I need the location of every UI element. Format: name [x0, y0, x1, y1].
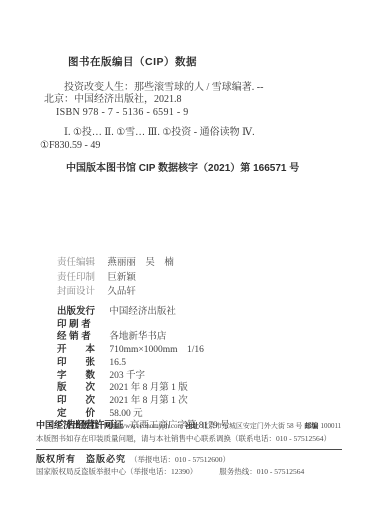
service-hotline: 服务热线：010 - 57512564	[219, 467, 304, 476]
staff-label: 责任编辑	[57, 256, 99, 271]
zipcode-value: 100011	[320, 422, 341, 430]
staff-row: 封面设计 久品轩	[57, 285, 174, 300]
publication-label: 出版发行	[57, 306, 103, 318]
zipcode-label: 邮编	[304, 423, 318, 430]
publication-row: 印 刷 者	[57, 319, 230, 332]
staff-row: 责任编辑 燕丽丽 吴 楠	[57, 256, 174, 271]
website-value: www.economyph.com	[120, 422, 183, 430]
copyright-notice-line: 版权所有 盗版必究（举报电话：010 - 57512600）	[36, 454, 344, 465]
publication-label: 印 次	[57, 395, 103, 407]
publication-label: 字 数	[57, 370, 103, 382]
publication-block: 出版发行 中国经济出版社 印 刷 者 经 销 者 各地新华书店 开 本 710m…	[57, 306, 230, 433]
copyright-report-phone: （举报电话：010 - 57512600）	[130, 455, 230, 464]
anti-piracy-line: 国家版权局反盗版举报中心（举报电话：12390）服务热线：010 - 57512…	[36, 466, 344, 477]
website-label: 网址	[104, 423, 118, 430]
address-label: 社址	[185, 423, 199, 430]
cip-title-line: 投资改变人生：那些滚雪球的人 / 雪球编著. --	[64, 82, 342, 95]
staff-value: 燕丽丽 吴 楠	[107, 257, 174, 268]
copyright-page: 图书在版编目（CIP）数据 投资改变人生：那些滚雪球的人 / 雪球编著. -- …	[0, 0, 375, 525]
staff-label: 责任印制	[57, 271, 99, 286]
publication-row: 出版发行 中国经济出版社	[57, 306, 230, 319]
publication-label: 版 次	[57, 382, 103, 394]
publication-label: 印 张	[57, 357, 103, 369]
publisher-name: 中国经济出版社	[36, 420, 99, 430]
publication-row: 印 张 16.5	[57, 357, 230, 370]
cip-block: 图书在版编目（CIP）数据 投资改变人生：那些滚雪球的人 / 雪球编著. -- …	[40, 56, 342, 176]
publication-value: 16.5	[109, 358, 126, 368]
staff-row: 责任印制 巨新颖	[57, 271, 174, 286]
publication-row: 开 本 710mm×1000mm 1/16	[57, 344, 230, 357]
publication-value: 2021 年 8 月第 1 次	[109, 396, 187, 406]
publication-value: 58.00 元	[109, 409, 142, 419]
publication-row: 定 价 58.00 元	[57, 408, 230, 421]
publication-label: 定 价	[57, 408, 103, 420]
publication-row: 印 次 2021 年 8 月第 1 次	[57, 395, 230, 408]
cip-classification-line1: Ⅰ. ①投… Ⅱ. ①雪… Ⅲ. ①投资 - 通俗读物 Ⅳ.	[64, 127, 342, 140]
cip-registry-line: 中国版本图书馆 CIP 数据核字（2021）第 166571 号	[66, 163, 342, 176]
cip-heading: 图书在版编目（CIP）数据	[68, 56, 342, 69]
publication-label: 经 销 者	[57, 331, 103, 343]
staff-value: 久品轩	[107, 286, 136, 297]
publication-row: 经 销 者 各地新华书店	[57, 331, 230, 344]
imprint-block: 中国经济出版社网址www.economyph.com社址北京市东城区安定门外大街…	[36, 420, 344, 477]
staff-label: 封面设计	[57, 285, 99, 300]
publication-label: 印 刷 者	[57, 319, 103, 331]
cip-isbn-line: ISBN 978 - 7 - 5136 - 6591 - 9	[56, 107, 342, 120]
publication-value: 203 千字	[109, 371, 145, 381]
publication-value: 710mm×1000mm 1/16	[109, 345, 204, 355]
staff-block: 责任编辑 燕丽丽 吴 楠 责任印制 巨新颖 封面设计 久品轩	[57, 256, 174, 300]
divider-rule	[36, 449, 342, 450]
publication-value: 中国经济出版社	[109, 307, 176, 317]
cip-city-line: 北京：中国经济出版社，2021.8	[44, 94, 342, 107]
anti-piracy-center: 国家版权局反盗版举报中心（举报电话：12390）	[36, 467, 197, 476]
publisher-contact-line: 中国经济出版社网址www.economyph.com社址北京市东城区安定门外大街…	[36, 420, 344, 432]
copyright-bold-text: 版权所有 盗版必究	[36, 454, 126, 464]
publication-row: 字 数 203 千字	[57, 370, 230, 383]
publication-label: 开 本	[57, 344, 103, 356]
publication-value: 2021 年 8 月第 1 版	[109, 383, 187, 393]
publication-value: 各地新华书店	[109, 332, 166, 342]
address-value: 北京市东城区安定门外大街 58 号	[201, 422, 303, 430]
publication-row: 版 次 2021 年 8 月第 1 版	[57, 382, 230, 395]
quality-notice-line: 本版图书如存在印装质量问题，请与本社销售中心联系调换（联系电话：010 - 57…	[36, 434, 344, 444]
cip-classification-line2: ①F830.59 - 49	[40, 140, 342, 153]
staff-value: 巨新颖	[107, 272, 136, 283]
